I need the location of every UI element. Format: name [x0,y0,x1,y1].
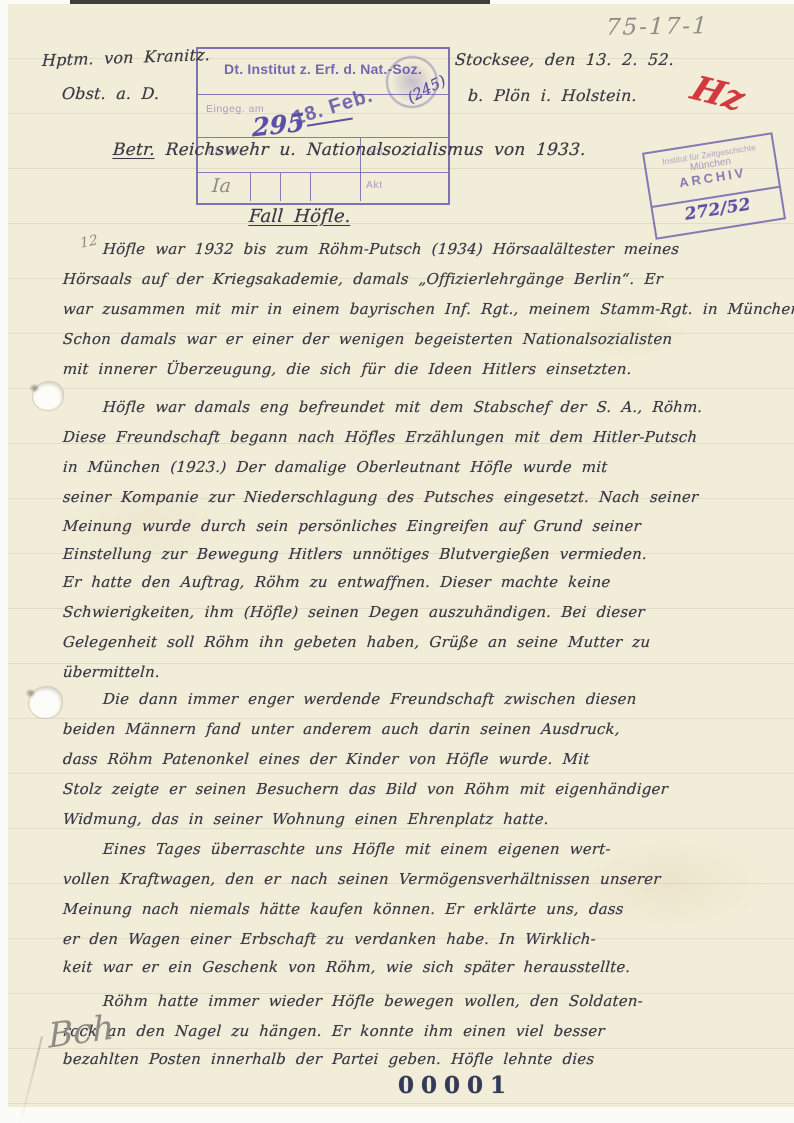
handwritten-line: Stolz zeigte er seinen Besuchern das Bil… [62,780,668,798]
handwritten-line: mit innerer Überzeugung, die sich für di… [62,360,632,378]
entry-stamp-dept-pencil: Ia [211,175,232,197]
handwritten-line: dass Röhm Patenonkel eines der Kinder vo… [62,750,590,768]
handwritten-line: Einstellung zur Bewegung Hitlers unnötig… [62,545,647,563]
handwritten-line: Widmung, das in seiner Wohnung einen Ehr… [62,810,549,828]
dateline-place-date: Stocksee, den 13. 2. 52. [454,50,675,69]
handwritten-line: war zusammen mit mir in einem bayrischen… [62,300,794,318]
subject-text: Reichswehr u. Nationalsozialismus von 19… [165,140,587,160]
handwritten-line: Hörsaals auf der Kriegsakademie, damals … [62,270,663,288]
handwritten-line: Eines Tages überraschte uns Höfle mit ei… [102,840,611,858]
handwritten-line: bezahlten Posten innerhalb der Partei ge… [62,1050,595,1068]
stamp-divider [280,173,281,201]
handwritten-line: übermitteln. [62,663,160,681]
subject-label: Betr. [112,140,155,160]
archive-reference-pencil: 75-17-1 [605,13,709,41]
handwritten-line: Diese Freundschaft begann nach Höfles Er… [62,428,698,446]
tbnr-number-text: 295 [252,108,305,143]
scanned-document: 75-17-1 Hptm. von Kranitz. Obst. a. D. S… [0,0,794,1123]
handwritten-line: keit war er ein Geschenk von Röhm, wie s… [62,958,631,976]
handwritten-line: in München (1923.) Der damalige Oberleut… [62,458,608,476]
handwritten-line: Die dann immer enger werdende Freundscha… [102,690,637,708]
handwritten-line: Schon damals war er einer der wenigen be… [62,330,673,348]
page-number-stamp: 00001 [398,1072,513,1099]
stamp-divider [310,173,311,201]
handwritten-line: Höfle war 1932 bis zum Röhm-Putsch (1934… [102,240,679,258]
hole-punch-bottom [29,687,62,718]
handwritten-line: rock an den Nagel zu hängen. Er konnte i… [62,1022,605,1040]
handwritten-line: Röhm hatte immer wieder Höfle bewegen wo… [102,992,643,1010]
handwritten-line: Meinung wurde durch sein persönliches Ei… [62,517,641,535]
subject-line: Betr. Reichswehr u. Nationalsozialismus … [112,140,586,160]
handwritten-line: Er hatte den Auftrag, Röhm zu entwaffnen… [62,573,611,591]
handwritten-line: Höfle war damals eng befreundet mit dem … [102,398,703,416]
handwritten-line: vollen Kraftwagen, den er nach seinen Ve… [62,870,661,888]
entry-stamp-akt-label: Akt [366,179,383,191]
handwritten-line: er den Wagen einer Erbschaft zu verdanke… [62,930,596,948]
ink-stroke [307,118,353,127]
hole-punch-top [33,382,63,410]
handwritten-line: beiden Männern fand unter anderem auch d… [62,720,620,738]
handwritten-line: Gelegenheit soll Röhm ihn gebeten haben,… [62,633,651,651]
scan-edge-line [70,0,490,4]
stamp-divider [250,173,251,201]
handwritten-line: seiner Kompanie zur Niederschlagung des … [62,488,699,506]
handwritten-line: Schwierigkeiten, ihm (Höfle) seinen Dege… [62,603,645,621]
case-heading: Fall Höfle. [248,206,351,227]
sender-rank: Obst. a. D. [61,84,160,103]
dateline-region: b. Plön i. Holstein. [467,86,637,105]
stamp-divider [360,173,361,201]
handwritten-line: Meinung nach niemals hätte kaufen können… [62,900,624,918]
